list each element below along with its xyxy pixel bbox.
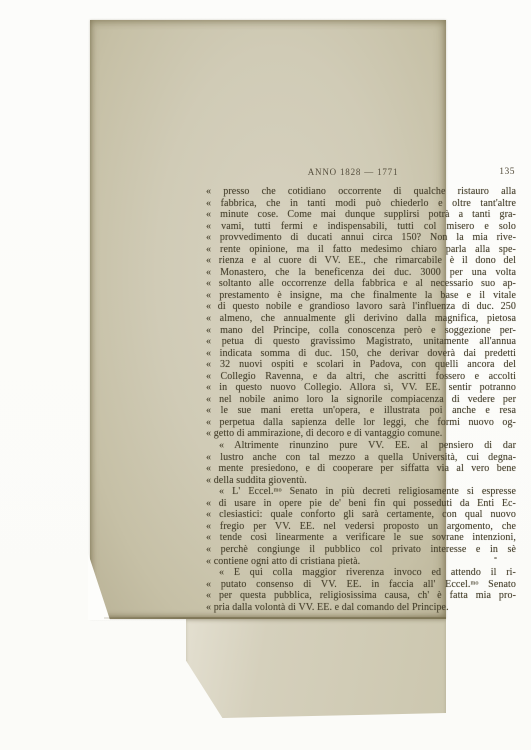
text-line: « lustro anche con tal mezzo a quella Un… — [206, 452, 516, 464]
running-title: ANNO 1828 — 1771 — [198, 167, 508, 177]
text-line: « pria dalla volontà di VV. EE. e dal co… — [206, 602, 516, 614]
text-line: « per questa pubblica, religiosissima ca… — [206, 590, 516, 602]
text-line: « minute cose. Come mai dunque supplirsi… — [206, 209, 516, 221]
text-line: « presso che cotidiano occorrente di qua… — [206, 186, 516, 198]
text-line: « putato consenso di VV. EE. in faccia a… — [206, 579, 516, 591]
text-line: « le sue mani eretta un'opera, e illustr… — [206, 405, 516, 417]
text-line: « rente opinione, ma il fatto medesimo c… — [206, 244, 516, 256]
text-line: « E qui colla maggior riverenza invoco e… — [206, 567, 516, 579]
ink-speck-icon — [494, 557, 497, 559]
scanned-book-page: ANNO 1828 — 1771 135 « presso che cotidi… — [90, 20, 446, 619]
text-line: « nel nobile animo loro la signorile com… — [206, 394, 516, 406]
text-line: « perpetua dalla sapienza delle lor legg… — [206, 417, 516, 429]
text-line: « fregio per VV. EE. nel vedersi propost… — [206, 521, 516, 533]
text-line: « getto di ammirazione, di decoro e di v… — [206, 428, 516, 440]
text-line: « prestamento è insigne, ma che finalmen… — [206, 290, 516, 302]
text-line: « Monastero, che la beneficenza dei duc.… — [206, 267, 516, 279]
text-line: « della suddita gioventù. — [206, 475, 516, 487]
text-line: « almeno, che annualmente gli derivino d… — [206, 313, 516, 325]
page-header: ANNO 1828 — 1771 135 — [206, 167, 516, 181]
text-line: « di usare in opere pie de' beni fin qui… — [206, 498, 516, 510]
text-line: « fabbrica, che in tanti modi può chiede… — [206, 198, 516, 210]
text-line: « di questo nobile e grandioso lavoro sa… — [206, 301, 516, 313]
text-line: « provvedimento di ducati annui circa 15… — [206, 232, 516, 244]
text-line: « in questo nuovo Collegio. Allora sì, V… — [206, 382, 516, 394]
text-line: « petua di questo gravissimo Magistrato,… — [206, 336, 516, 348]
text-line: « contiene ogni atto di cristiana pietà. — [206, 556, 516, 568]
text-line: « perchè congiunge il pubblico col priva… — [206, 544, 516, 556]
text-line: « Collegio Ravenna, e da altri, che ascr… — [206, 371, 516, 383]
screenshot-root: ANNO 1828 — 1771 135 « presso che cotidi… — [0, 0, 531, 750]
text-line: « tende così linearmente a verificare le… — [206, 532, 516, 544]
text-line: « rienza e al cuore di VV. EE., che rima… — [206, 255, 516, 267]
text-line: « clesiastici: quale conforto gli sarà c… — [206, 509, 516, 521]
text-line: « mano del Principe, colla conoscenza pe… — [206, 325, 516, 337]
text-line: « 32 nuovi ospiti e scolari in Padova, c… — [206, 359, 516, 371]
text-block: « presso che cotidiano occorrente di qua… — [206, 186, 516, 613]
page-bottom-edge-shadow — [104, 617, 446, 619]
text-line: « indicata somma di duc. 150, che deriva… — [206, 348, 516, 360]
text-line: « Altrimente rinunzino pure VV. EE. al p… — [206, 440, 516, 452]
page-number: 135 — [499, 167, 515, 177]
text-line: « L' Eccel.ᵐᵒ Senato in più decreti reli… — [206, 486, 516, 498]
underlying-page — [186, 619, 446, 718]
text-line: « soltanto alle occorrenze della fabbric… — [206, 278, 516, 290]
text-line: « vami, tutti fermi e indispensabili, tu… — [206, 221, 516, 233]
text-line: « mente presiedono, e di cooperare per s… — [206, 463, 516, 475]
